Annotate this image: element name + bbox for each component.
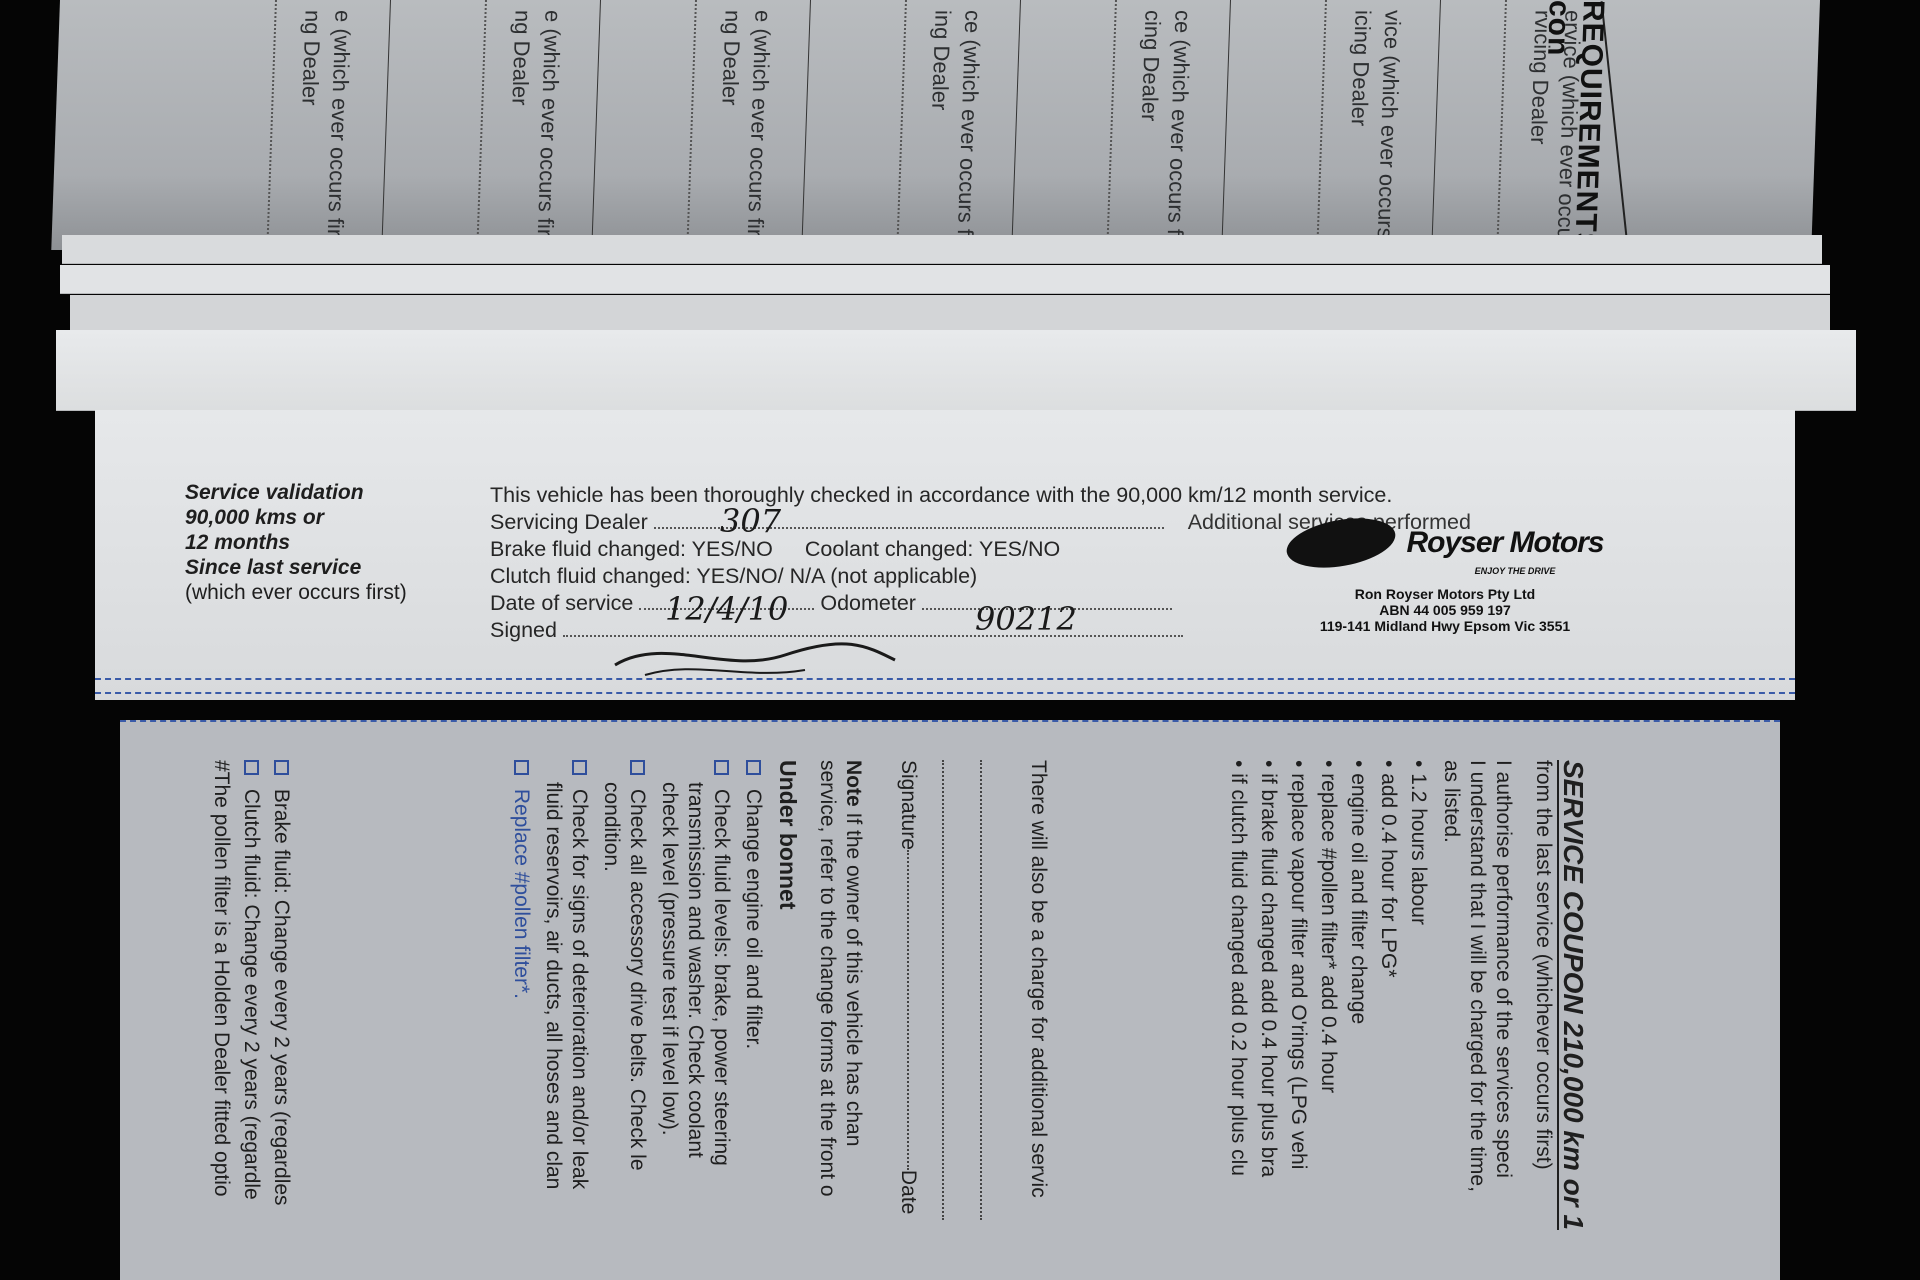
date-label: Date xyxy=(897,1170,920,1214)
signature-scribble xyxy=(605,625,905,685)
dotted-line xyxy=(686,0,697,250)
checkbox-icon[interactable] xyxy=(746,760,761,775)
handwritten-date: 12/4/10 xyxy=(665,590,788,628)
rule-line xyxy=(381,0,391,250)
rule-line xyxy=(1011,0,1021,250)
checklist-item[interactable]: Check for signs of deterioration and/or … xyxy=(566,760,592,1189)
upper-text: ng Dealer xyxy=(716,10,745,105)
page-edge xyxy=(56,330,1856,411)
checklist-text: Brake fluid: Change every 2 years (regar… xyxy=(270,789,293,1206)
note-line-1: Note If the owner of this vehicle has ch… xyxy=(840,760,866,1146)
bullet-item: • replace vapour filter and O'rings (LPG… xyxy=(1285,760,1311,1169)
tear-line xyxy=(95,692,1795,694)
checklist-text: Check fluid levels: brake, power steerin… xyxy=(710,789,733,1166)
tear-line xyxy=(95,678,1795,680)
checkbox-icon[interactable] xyxy=(630,760,645,775)
signature-label: Signature xyxy=(897,760,920,850)
rule-line xyxy=(591,0,601,250)
bullet-item: • engine oil and filter change xyxy=(1345,760,1371,1024)
brake-fluid-label: Brake fluid changed: YES/NO xyxy=(490,537,773,561)
validation-note: (which ever occurs first) xyxy=(185,580,407,605)
stamp-tagline: ENJOY THE DRIVE xyxy=(1355,566,1675,576)
validation-statement: This vehicle has been thoroughly checked… xyxy=(490,482,1471,509)
checklist-text: fluid reservoirs, air ducts, all hoses a… xyxy=(540,760,566,1189)
validation-months: 12 months xyxy=(185,530,407,555)
upper-text: cing Dealer xyxy=(1136,10,1166,121)
pollen-filter-footnote: #The pollen filter is a Holden Dealer fi… xyxy=(208,760,234,1197)
validation-since: Since last service xyxy=(185,555,407,580)
checkbox-icon[interactable] xyxy=(274,760,289,775)
service-validation-section: Service validation 90,000 kms or 12 mont… xyxy=(95,410,1795,700)
stamp-address: 119-141 Midland Hwy Epsom Vic 3551 xyxy=(1215,618,1675,634)
checklist-text: Clutch fluid: Change every 2 years (rega… xyxy=(240,789,263,1200)
checklist-text: Replace #pollen filter*. xyxy=(510,789,533,999)
dotted-line xyxy=(896,0,907,250)
under-bonnet-heading: Under bonnet xyxy=(775,760,801,910)
upper-text: ce (which ever occurs fir xyxy=(951,10,985,247)
rule-line xyxy=(1221,0,1231,250)
upper-text: vice (which ever occurs fir xyxy=(1371,10,1406,250)
tear-line xyxy=(120,720,1780,722)
checklist-text: check level (pressure test if level low)… xyxy=(656,760,682,1136)
signature-field[interactable] xyxy=(907,850,909,1170)
bullet-text: if clutch fluid changed add 0.2 hour plu… xyxy=(1227,773,1250,1176)
checklist-text: Change engine oil and filter. xyxy=(742,789,765,1049)
additional-charge-text: There will also be a charge for addition… xyxy=(1025,760,1051,1198)
checklist-item[interactable]: Clutch fluid: Change every 2 years (rega… xyxy=(238,760,264,1200)
authorise-text: I authorise performance of the services … xyxy=(1490,760,1516,1178)
note-text: If the owner of this vehicle has chan xyxy=(842,813,865,1147)
handwritten-odometer: 90212 xyxy=(975,600,1077,638)
bullet-item: • add 0.4 hour for LPG* xyxy=(1375,760,1401,978)
checklist-text: transmission and washer. Check coolant xyxy=(682,760,708,1158)
authorise-text: as listed. xyxy=(1438,760,1464,843)
checklist-item[interactable]: Replace #pollen filter*. xyxy=(508,760,534,999)
dotted-line xyxy=(266,0,277,250)
dotted-line xyxy=(1106,0,1117,250)
dealer-stamp: Royser Motors ENJOY THE DRIVE Ron Royser… xyxy=(1215,520,1675,634)
upper-column: ce (which ever occurs fir ing Dealer xyxy=(891,0,1100,250)
upper-column: e (which ever occurs firs ng Dealer xyxy=(471,0,680,250)
upper-text: icing Dealer xyxy=(1346,10,1376,126)
upper-column: e (which ever occurs fir ng Dealer xyxy=(681,0,890,250)
rule-line xyxy=(801,0,811,250)
service-coupon-page: SERVICE COUPON 210,000 km or 1 from the … xyxy=(120,720,1780,1280)
checklist-item[interactable]: Check fluid levels: brake, power steerin… xyxy=(708,760,734,1166)
dotted-line xyxy=(1496,0,1507,250)
handwritten-dealer-number: 307 xyxy=(720,502,781,540)
bullet-text: 1.2 hours labour xyxy=(1407,773,1430,925)
checklist-item[interactable]: Check all accessory drive belts. Check l… xyxy=(624,760,650,1171)
date-of-service-label: Date of service xyxy=(490,591,633,615)
rule-line xyxy=(1431,0,1441,250)
coupon-heading: SERVICE COUPON 210,000 km or 1 xyxy=(1560,760,1586,1230)
checklist-item[interactable]: Change engine oil and filter. xyxy=(740,760,766,1049)
odometer-label: Odometer xyxy=(820,591,916,615)
checkbox-icon[interactable] xyxy=(244,760,259,775)
checkbox-icon[interactable] xyxy=(572,760,587,775)
signature-row: SignatureDate xyxy=(895,760,921,1214)
checkbox-icon[interactable] xyxy=(714,760,729,775)
bullet-text: replace vapour filter and O'rings (LPG v… xyxy=(1287,773,1310,1169)
upper-column: e (which ever occurs firs ng Dealer xyxy=(261,0,470,250)
dotted-line xyxy=(1316,0,1327,250)
servicing-dealer-label: Servicing Dealer xyxy=(490,510,648,534)
bullet-item: • if clutch fluid changed add 0.2 hour p… xyxy=(1225,760,1251,1176)
checklist-text: condition. xyxy=(598,760,624,872)
upper-text: ng Dealer xyxy=(506,10,535,105)
bullet-item: • 1.2 hours labour xyxy=(1405,760,1431,925)
bullet-text: if brake fluid changed add 0.4 hour plus… xyxy=(1257,773,1280,1177)
validation-title: Service validation xyxy=(185,480,407,505)
upper-text: ing Dealer xyxy=(926,10,956,110)
page-edge xyxy=(62,235,1822,264)
signed-label: Signed xyxy=(490,618,557,642)
upper-text: e (which ever occurs fir xyxy=(742,10,776,236)
stamp-abn: ABN 44 005 959 197 xyxy=(1215,602,1675,618)
checklist-text: Check all accessory drive belts. Check l… xyxy=(626,789,649,1171)
note-lead: Note xyxy=(842,760,865,807)
validation-km: 90,000 kms or xyxy=(185,505,407,530)
upper-text: ce (which ever occurs fir xyxy=(1161,10,1195,247)
requirements-heading: REQUIREMENTS con xyxy=(1533,0,1610,250)
coupon-subheading: from the last service (whichever occurs … xyxy=(1530,760,1556,1170)
checkbox-icon[interactable] xyxy=(514,760,529,775)
upper-text: e (which ever occurs firs xyxy=(321,10,355,247)
page-edge xyxy=(60,265,1830,294)
checklist-item[interactable]: Brake fluid: Change every 2 years (regar… xyxy=(268,760,294,1206)
validation-label: Service validation 90,000 kms or 12 mont… xyxy=(185,480,407,605)
coolant-label: Coolant changed: YES/NO xyxy=(805,537,1060,561)
upper-text: e (which ever occurs firs xyxy=(531,10,565,247)
stamp-logo: Royser Motors xyxy=(1215,520,1675,566)
note-text: service, refer to the change forms at th… xyxy=(814,760,840,1197)
stamp-company: Ron Royser Motors Pty Ltd xyxy=(1215,586,1675,602)
stamp-brand: Royser Motors xyxy=(1406,526,1603,560)
additional-line-1[interactable] xyxy=(980,760,982,1220)
upper-text: ng Dealer xyxy=(296,10,325,105)
bullet-item: • replace #pollen filter* add 0.4 hour xyxy=(1315,760,1341,1093)
upper-column: vice (which ever occurs fir icing Dealer xyxy=(1311,0,1520,250)
authorise-text: I understand that I will be charged for … xyxy=(1464,760,1490,1192)
upper-booklet-pages: e (which ever occurs firs ng Dealer e (w… xyxy=(51,0,1820,250)
bullet-text: engine oil and filter change xyxy=(1347,773,1370,1024)
checklist-text: Check for signs of deterioration and/or … xyxy=(568,789,591,1189)
dotted-line xyxy=(476,0,487,250)
bullet-text: replace #pollen filter* add 0.4 hour xyxy=(1317,773,1340,1093)
additional-line-2[interactable] xyxy=(942,760,944,1220)
bullet-text: add 0.4 hour for LPG* xyxy=(1377,773,1400,977)
upper-column: ce (which ever occurs fir cing Dealer xyxy=(1101,0,1310,250)
bullet-item: • if brake fluid changed add 0.4 hour pl… xyxy=(1255,760,1281,1177)
